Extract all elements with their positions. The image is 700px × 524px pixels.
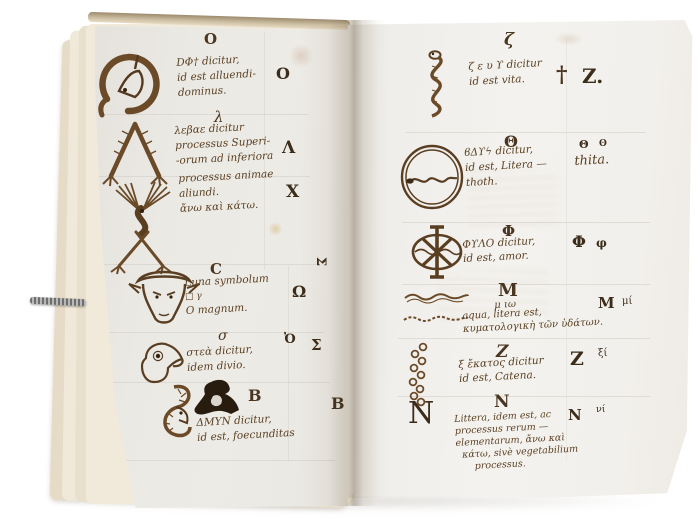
entry-text: λεβαε dicitur processus Superi- -orum ad… (174, 119, 274, 169)
entry-letter: Φ (572, 232, 586, 251)
entry-header-glyph: O (204, 30, 217, 48)
entry-text: Littera, idem est, ac processus rerum — … (454, 408, 579, 474)
metal-clip (30, 297, 86, 306)
entry-header-glyph: σ (218, 328, 228, 344)
entry-letter: M (598, 294, 615, 312)
rule-line (398, 338, 650, 339)
entry-script-note: thita. (574, 152, 610, 169)
entry-letter: νί (596, 404, 606, 415)
ram-head-drawing (150, 381, 196, 443)
entry-text-line: id est, amor. (463, 248, 536, 266)
entry-text-line: Ο magnum. (185, 300, 270, 318)
entry-text: processus animae aliundi. ἄνω καὶ κάτω. (178, 167, 275, 217)
entry-text: ΔΜΥΝ dicitur, id est, foecunditas (196, 411, 295, 446)
entry-letter: ξί (598, 348, 607, 359)
entry-text-line: dominus. (178, 82, 258, 101)
manuscript-photo: O DΦ† dicitur, id est alluendi- dominus.… (0, 0, 700, 524)
entry-text: Luna symbolum □ γ Ο magnum. (184, 272, 271, 318)
right-page: ζ ζ ε υ ϒ dicitur id est vita. † Z. Θ ϐΔ… (348, 20, 693, 498)
entry-header-glyph: ζ (504, 30, 514, 50)
entry-text: ζ ε υ ϒ dicitur id est vita. (468, 56, 543, 90)
entry-letter: μί (622, 296, 632, 307)
phi-wheel-drawing (410, 224, 464, 280)
lambda-legs-drawing (98, 118, 172, 188)
snake-in-circle-drawing (398, 142, 466, 212)
fox-stain (268, 222, 283, 236)
entry-letter: O (276, 64, 290, 83)
right-page-gutter-shade (348, 20, 388, 498)
entry-text-line: id est vita. (469, 71, 543, 90)
rule-line (406, 132, 646, 133)
entry-letter: Θ (579, 138, 589, 151)
entry-letter: X (286, 182, 299, 202)
entry-letter: Λ (282, 138, 295, 158)
eagle-head-drawing (138, 338, 186, 384)
entry-letter: Ὀ (284, 332, 296, 347)
seated-figure-drawing (191, 378, 243, 418)
big-letter-N: N (408, 396, 434, 431)
entry-text: ϐΔϒϟ dicitur, id est, Litera — thoth. (464, 142, 548, 191)
entry-letter: ʘ (599, 139, 607, 149)
water-waves-drawing (402, 288, 470, 330)
entry-text: ΦϒΛΟ dicitur, id est, amor. (462, 234, 536, 266)
ink-smudge (554, 32, 584, 46)
entry-letter: Z. (582, 64, 603, 88)
entry-header-glyph: N (494, 392, 510, 412)
entry-text: στεὰ dicitur, idem divio. (186, 343, 254, 376)
entry-header-glyph: B (248, 386, 262, 405)
entry-letter: Ζ (570, 348, 584, 370)
entry-text-line: id est, Catena. (459, 368, 545, 386)
serpent-drawing (420, 48, 452, 120)
rule-line (566, 40, 567, 460)
entry-text: ξ ἔκατος dicitur id est, Catena. (458, 354, 545, 386)
entry-text: DΦ† dicitur, id est alluendi- dominus. (176, 52, 257, 101)
ouroboros-bird-drawing (95, 45, 167, 121)
entry-letter: N (568, 406, 582, 424)
rule-line (398, 396, 650, 397)
entry-header-glyph: M (498, 280, 518, 301)
crane-crossed-legs-drawing (103, 180, 178, 275)
left-page-gutter-shade (300, 26, 348, 506)
entry-letter: φ (596, 236, 607, 250)
dagger-cross-glyph: † (556, 62, 568, 88)
entry-text-line: idem divio. (187, 357, 254, 375)
